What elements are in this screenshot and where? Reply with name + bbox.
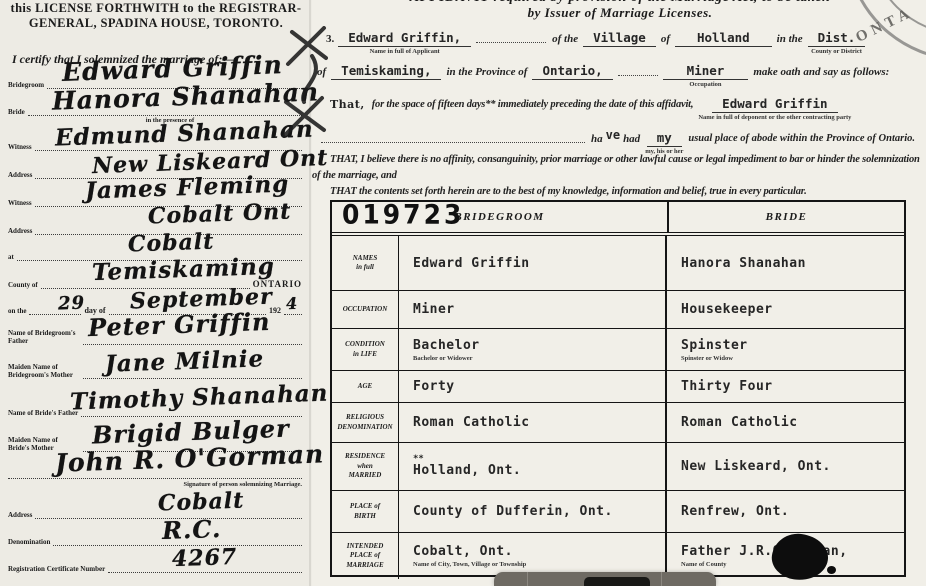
- handwriting-year: 4: [286, 294, 299, 313]
- field-address3: Address: [8, 504, 302, 519]
- printed-abode: usual place of abode within the Province…: [688, 130, 915, 144]
- affidavit-that3: THAT the contents set forth herein are t…: [312, 184, 922, 200]
- bridegroom-cell: **Holland, Ont.: [399, 443, 667, 490]
- field-label: Address: [8, 227, 32, 235]
- cell-value: Housekeeper: [681, 302, 904, 317]
- row-label: INTENDEDPLACE ofMARRIAGE: [332, 533, 399, 579]
- bridegroom-cell: Miner: [399, 291, 667, 328]
- cell-value: Spinster: [681, 338, 904, 353]
- row-label-line: PLACE of: [350, 551, 380, 560]
- cell-value: Cobalt, Ont.: [413, 544, 665, 559]
- cell-note: **: [413, 455, 665, 463]
- handwriting-bridegroom-mother: Jane Milnie: [105, 345, 265, 378]
- row-label-line: in LIFE: [353, 350, 377, 359]
- table-row: CONDITIONin LIFE BachelorBachelor or Wid…: [332, 328, 904, 370]
- applicant-name-field: Edward Griffin, Name in full of Applican…: [338, 30, 471, 55]
- bride-cell: SpinsterSpinster or Widow: [667, 329, 904, 370]
- row-label: CONDITIONin LIFE: [332, 329, 399, 370]
- dotted-line: [83, 343, 302, 345]
- form-header-line2: GENERAL, SPADINA HOUSE, TORONTO.: [4, 16, 308, 31]
- cell-value: Roman Catholic: [681, 415, 904, 430]
- affidavit-line-province: of Temiskaming, in the Province of Ontar…: [314, 63, 920, 88]
- row-label-line: RESIDENCE: [345, 452, 385, 461]
- typed-occupation: Miner: [663, 63, 749, 80]
- bridegroom-cell: County of Dufferin, Ont.: [399, 491, 667, 532]
- viewer-toolbar[interactable]: [494, 572, 716, 586]
- province-field: Ontario,: [532, 63, 612, 80]
- printed-oath: make oath and say as follows:: [753, 63, 889, 78]
- place-name-field: Holland: [675, 30, 772, 47]
- field-label: Bridegroom: [8, 81, 44, 89]
- district-caption: County or District: [811, 48, 862, 55]
- handwritten-x-marks: [268, 18, 354, 148]
- table-row: OCCUPATION Miner Housekeeper: [332, 290, 904, 328]
- cell-value: New Liskeard, Ont.: [681, 459, 904, 474]
- typed-applicant-name: Edward Griffin,: [338, 30, 471, 47]
- field-label: County of: [8, 281, 38, 289]
- affidavit-that2: THAT, I believe there is no affinity, co…: [312, 152, 926, 184]
- dotted-line: [108, 571, 302, 573]
- row-label: RELIGIOUSDENOMINATION: [332, 403, 399, 442]
- cell-value: Bachelor: [413, 338, 665, 353]
- handwriting-address2: Cobalt Ont: [148, 199, 292, 230]
- field-label: Bride: [8, 108, 25, 116]
- cell-caption: Name of City, Town, Village or Township: [413, 561, 665, 568]
- affidavit-line-that1: That, for the space of fifteen days** im…: [330, 96, 922, 121]
- typed-ve: ve: [606, 128, 620, 142]
- field-label: on the: [8, 307, 26, 315]
- typed-deponent-name: Edward Griffin: [712, 96, 837, 113]
- table-row: RESIDENCEwhenMARRIED **Holland, Ont. New…: [332, 442, 904, 490]
- marriage-record-scan: this LICENSE FORTHWITH to the REGISTRAR-…: [0, 0, 926, 586]
- field-label: Witness: [8, 143, 32, 151]
- row-label-line: RELIGIOUS: [346, 413, 384, 422]
- row-label-line: CONDITION: [345, 340, 385, 349]
- field-registration-number: Registration Certificate Number: [8, 558, 302, 573]
- place-type-field: Village: [583, 30, 656, 47]
- row-label-line: MARRIED: [349, 471, 382, 480]
- field-label: at: [8, 253, 14, 261]
- table-row: AGE Forty Thirty Four: [332, 370, 904, 402]
- cell-value: Thirty Four: [681, 379, 904, 394]
- row-label-line: PLACE of: [350, 502, 380, 511]
- cell-value: Edward Griffin: [413, 256, 665, 271]
- ink-blot-dot: [827, 566, 836, 574]
- that-body: for the space of fifteen days** immediat…: [372, 96, 694, 110]
- cell-value: Roman Catholic: [413, 415, 665, 430]
- bridegroom-cell: Roman Catholic: [399, 403, 667, 442]
- dotted-line: [8, 477, 302, 479]
- form-header: this LICENSE FORTHWITH to the REGISTRAR-…: [4, 1, 308, 31]
- table-row: PLACE ofBIRTH County of Dufferin, Ont. R…: [332, 490, 904, 532]
- handwriting-day: 29: [58, 293, 86, 315]
- deponent-name-field: Edward Griffin Name in full of deponent …: [698, 96, 851, 121]
- bridegroom-cell: Forty: [399, 371, 667, 402]
- dotted-line: [321, 130, 585, 143]
- cell-value: County of Dufferin, Ont.: [413, 504, 665, 519]
- toolbar-right-button[interactable]: [661, 572, 716, 586]
- serial-number-stamp: 019723: [342, 199, 464, 229]
- field-label: Address: [8, 511, 32, 519]
- field-denomination: Denomination: [8, 531, 302, 546]
- field-label: Name of Bride's Father: [8, 409, 78, 417]
- cell-value: Renfrew, Ont.: [681, 504, 904, 519]
- applicant-caption: Name in full of Applicant: [370, 48, 440, 55]
- form-header-line1: this LICENSE FORTHWITH to the REGISTRAR-: [4, 1, 308, 16]
- column-header-bridegroom: BRIDEGROOM: [454, 211, 544, 223]
- occupation-field: Miner Occupation: [663, 63, 749, 88]
- field-label: Address: [8, 171, 32, 179]
- typed-place-type: Village: [583, 30, 656, 47]
- dotted-line: [618, 63, 658, 76]
- handwriting-registration-number: 4267: [172, 544, 238, 572]
- cell-value: Forty: [413, 379, 665, 394]
- table-row: RELIGIOUSDENOMINATION Roman Catholic Rom…: [332, 402, 904, 442]
- header-bride-cell: BRIDE: [669, 202, 904, 232]
- affidavit-line-applicant: 3. Edward Griffin, Name in full of Appli…: [326, 30, 920, 55]
- printed-ha: ha: [591, 130, 603, 145]
- field-label: Witness: [8, 199, 32, 207]
- toolbar-left-button[interactable]: [494, 572, 527, 586]
- row-label: OCCUPATION: [332, 291, 399, 328]
- handwriting-place: Cobalt: [128, 229, 215, 258]
- cell-value: Miner: [413, 302, 665, 317]
- printed-in-the: in the: [777, 30, 803, 45]
- occupation-caption: Occupation: [689, 81, 721, 88]
- row-label-line: DENOMINATION: [337, 423, 392, 432]
- row-label: RESIDENCEwhenMARRIED: [332, 443, 399, 490]
- printed-of-the: of the: [552, 30, 578, 45]
- cell-caption: Bachelor or Widower: [413, 355, 665, 362]
- handwriting-address3: Cobalt: [158, 488, 245, 517]
- table-header: 019723 BRIDEGROOM BRIDE: [332, 202, 904, 236]
- typed-place-name: Holland: [675, 30, 772, 47]
- row-label: AGE: [332, 371, 399, 402]
- field-label: Maiden Name of Bridegroom's Mother: [8, 363, 80, 379]
- table-row: NAMESin full Edward Griffin Hanora Shana…: [332, 236, 904, 290]
- bride-cell: Roman Catholic: [667, 403, 904, 442]
- bride-cell: Thirty Four: [667, 371, 904, 402]
- cell-value: Hanora Shanahan: [681, 256, 904, 271]
- printed-had: had: [623, 130, 640, 145]
- row-label-line: BIRTH: [354, 512, 376, 521]
- row-label-line: in full: [356, 263, 374, 272]
- bride-cell: Housekeeper: [667, 291, 904, 328]
- header-bridegroom-cell: 019723 BRIDEGROOM: [332, 202, 669, 232]
- row-label-line: MARRIAGE: [346, 561, 383, 570]
- field-label: Name of Bridegroom's Father: [8, 329, 80, 345]
- printed-province-lead: in the Province of: [446, 63, 527, 78]
- handwriting-denomination: R.C.: [162, 514, 222, 545]
- typed-my: my: [647, 130, 682, 147]
- bridegroom-bride-table: 019723 BRIDEGROOM BRIDE NAMESin full Edw…: [330, 200, 906, 577]
- bridegroom-cell: BachelorBachelor or Widower: [399, 329, 667, 370]
- column-header-bride: BRIDE: [766, 211, 808, 223]
- bride-cell: New Liskeard, Ont.: [667, 443, 904, 490]
- row-label-line: INTENDED: [347, 542, 384, 551]
- row-label-line: AGE: [358, 382, 372, 391]
- affidavit-heading: by Issuer of Marriage Licenses.: [330, 5, 910, 21]
- x-mark-strokes: [284, 28, 326, 136]
- row-label-line: NAMES: [353, 254, 378, 263]
- row-label-line: when: [357, 462, 373, 471]
- field-label: Denomination: [8, 538, 50, 546]
- deponent-caption: Name in full of deponent or the other co…: [698, 114, 851, 121]
- row-label: PLACE ofBIRTH: [332, 491, 399, 532]
- printed-of: of: [661, 30, 670, 45]
- field-label: Registration Certificate Number: [8, 565, 105, 573]
- toolbar-middle-button[interactable]: [527, 572, 661, 586]
- cell-value: Holland, Ont.: [413, 463, 665, 478]
- dotted-line: [284, 313, 302, 315]
- bride-cell: Renfrew, Ont.: [667, 491, 904, 532]
- bride-cell: Hanora Shanahan: [667, 236, 904, 290]
- dotted-line: [476, 30, 546, 43]
- typed-province: Ontario,: [532, 63, 612, 80]
- cell-caption: Spinster or Widow: [681, 355, 904, 362]
- bridegroom-cell: Edward Griffin: [399, 236, 667, 290]
- row-label: NAMESin full: [332, 236, 399, 290]
- row-label-line: OCCUPATION: [343, 305, 388, 314]
- signature-caption: Signature of person solemnizing Marriage…: [110, 481, 302, 488]
